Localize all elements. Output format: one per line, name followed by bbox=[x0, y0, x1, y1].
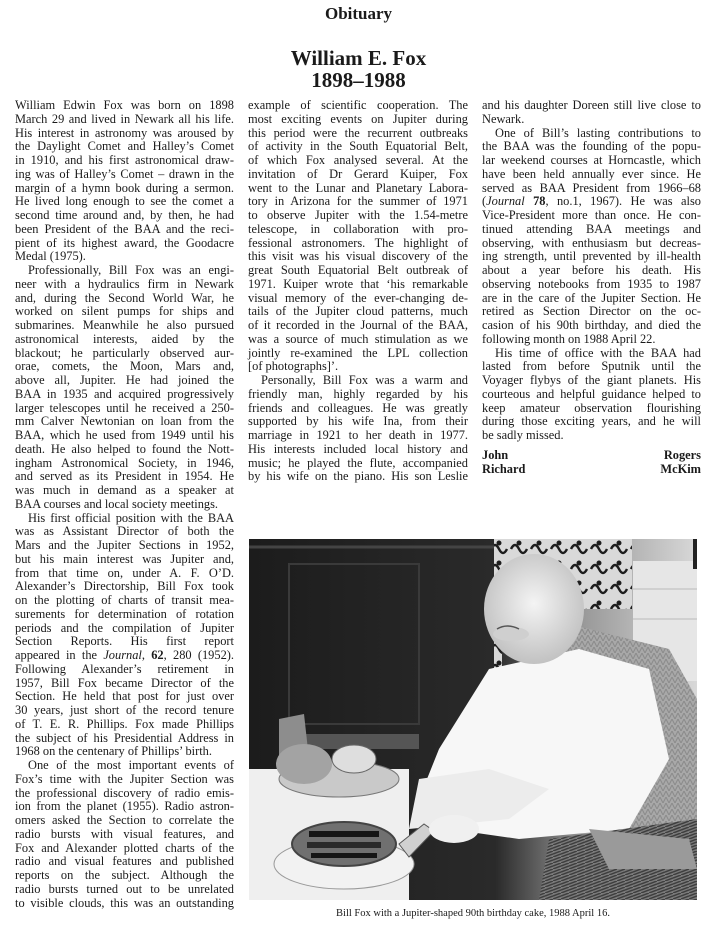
text-line: Following Alexander’s retirement in bbox=[15, 663, 234, 677]
text-line: His first official position with the BAA bbox=[15, 512, 234, 526]
text-line: (Journal 78, no.1, 1967). He was also bbox=[482, 195, 701, 209]
text-line: Fox’s time with the Jupiter Section was bbox=[15, 773, 234, 787]
text-line: are in the care of the Jupiter Section. … bbox=[482, 292, 701, 306]
text-line: Medal (1975). bbox=[15, 250, 234, 264]
text-line: Section. He held that post for just over bbox=[15, 690, 234, 704]
text-column-1: William Edwin Fox was born on 1898March … bbox=[15, 99, 234, 910]
text-line: was as Assistant Director of both the bbox=[15, 525, 234, 539]
text-column-3: and his daughter Doreen still live close… bbox=[482, 99, 701, 476]
text-line: 30 years, just short of the record tenur… bbox=[15, 704, 234, 718]
text-line: visual memory of the ever-changing de- bbox=[248, 292, 468, 306]
text-line: lasted from before Sputnik until the bbox=[482, 360, 701, 374]
text-line: mm Calver Newtonian on loan from the bbox=[15, 415, 234, 429]
text-line: pient of its highest award, the Goodacre bbox=[15, 237, 234, 251]
obituary-dates: 1898–1988 bbox=[0, 69, 717, 91]
text-line: this period were the recurrent outbreaks bbox=[248, 127, 468, 141]
text-line: Voyager flybys of the giant planets. His bbox=[482, 374, 701, 388]
text-line: most exciting events on Jupiter during bbox=[248, 113, 468, 127]
text-line: ing was of Halley’s Comet – drawn in the bbox=[15, 168, 234, 182]
text-line: and his daughter Doreen still live close… bbox=[482, 99, 701, 113]
text-line: the Daylight Comet and Halley’s Comet bbox=[15, 140, 234, 154]
section-label: Obituary bbox=[0, 4, 717, 24]
text-line: observing, with enthusiasm but decreas- bbox=[482, 237, 701, 251]
text-line: death. He also helped to found the Nott- bbox=[15, 443, 234, 457]
text-line: radio and visual features and published bbox=[15, 855, 234, 869]
text-line: invitation of Dr Gerard Kuiper, Fox bbox=[248, 168, 468, 182]
text-line: surements for determination of rotation bbox=[15, 608, 234, 622]
text-line: friends and colleagues. He was greatly bbox=[248, 402, 468, 416]
text-line: was a source of much stimulation as we bbox=[248, 333, 468, 347]
photo-image bbox=[249, 539, 697, 900]
text-line: radio bursts turned out to be unrelated bbox=[15, 883, 234, 897]
text-line: telescope, in collaboration with pro- bbox=[248, 223, 468, 237]
text-line: [of photographs]’. bbox=[248, 360, 468, 374]
text-line: observing notebooks from 1935 to 1987 bbox=[482, 278, 701, 292]
text-line: 1957, Bill Fox became Director of the bbox=[15, 677, 234, 691]
text-line: 1971. Kuiper wrote that ‘his remarkable bbox=[248, 278, 468, 292]
text-line: the subject of his Presidential Address … bbox=[15, 732, 234, 746]
text-line: appeared in the Journal, 62, 280 (1952). bbox=[15, 649, 234, 663]
text-line: marriage in 1921 to her death in 1977. bbox=[248, 429, 468, 443]
text-line: great South Equatorial Belt outbreak of bbox=[248, 264, 468, 278]
text-line: the BAA was the founding of the popu- bbox=[482, 140, 701, 154]
text-line: example of scientific cooperation. The bbox=[248, 99, 468, 113]
text-line: He lived long enough to see the comet a bbox=[15, 195, 234, 209]
text-line: second time around and, by then, he had bbox=[15, 209, 234, 223]
text-line: BAA courses and local society meetings. bbox=[15, 498, 234, 512]
text-line: margin of a hymn book during a sermon. bbox=[15, 182, 234, 196]
text-line: served as BAA President from 1966–68 bbox=[482, 182, 701, 196]
text-line: Vice-President more than once. He con- bbox=[482, 209, 701, 223]
text-line: ion from the planet (1955). Radio astron… bbox=[15, 800, 234, 814]
text-line: of T. E. R. Phillips. Fox made Phillips bbox=[15, 718, 234, 732]
text-line: Section Reports. His first report bbox=[15, 635, 234, 649]
text-line: larger telescopes until he received a 25… bbox=[15, 402, 234, 416]
text-line: submarines. Meanwhile he also pursued bbox=[15, 319, 234, 333]
text-line: His interest in astronomy was aroused by bbox=[15, 127, 234, 141]
text-line: this visit was his visual discovery of t… bbox=[248, 250, 468, 264]
text-line: ing strength, until prevented by ill-hea… bbox=[482, 250, 701, 264]
author-signature: John Rogers bbox=[482, 449, 701, 463]
text-line: but his main interest was Jupiter and, bbox=[15, 553, 234, 567]
text-line: friendly man, highly regarded by his bbox=[248, 388, 468, 402]
text-column-2: example of scientific cooperation. Themo… bbox=[248, 99, 468, 484]
text-line: William Edwin Fox was born on 1898 bbox=[15, 99, 234, 113]
text-line: Professionally, Bill Fox was an engi- bbox=[15, 264, 234, 278]
text-line: Mars and the Jupiter Sections in 1952, bbox=[15, 539, 234, 553]
text-line: in 1910, and his first astronomical draw… bbox=[15, 154, 234, 168]
text-line: tory in Arizona for the summer of 1971 bbox=[248, 195, 468, 209]
text-line: periods and the compilation of Jupiter bbox=[15, 622, 234, 636]
text-line: BAA, which he used from 1949 until his bbox=[15, 429, 234, 443]
text-line: astronomical interests, aided by the bbox=[15, 333, 234, 347]
text-line: from that time on, under A. F. O’D. bbox=[15, 567, 234, 581]
text-line: One of Bill’s lasting contributions to bbox=[482, 127, 701, 141]
text-line: blackout; he particularly observed aur- bbox=[15, 347, 234, 361]
text-line: Fox and Alexander plotted charts of the bbox=[15, 842, 234, 856]
text-line: of which Fox analysed several. At the bbox=[248, 154, 468, 168]
text-line: to visible clouds, this was an outstandi… bbox=[15, 897, 234, 911]
text-line: 1968 on the centenary of Phillips’ birth… bbox=[15, 745, 234, 759]
text-line: orae, comets, the Moon, Mars and, bbox=[15, 360, 234, 374]
text-line: courteous and helpful guidance helped to bbox=[482, 388, 701, 402]
text-line: fessional astronomers. The highlight of bbox=[248, 237, 468, 251]
text-line: retired as Section Director on the oc- bbox=[482, 305, 701, 319]
text-line: neer with a hydraulics firm in Newark bbox=[15, 278, 234, 292]
text-line: worked on silent pumps for ships and bbox=[15, 305, 234, 319]
text-line: Personally, Bill Fox was a warm and bbox=[248, 374, 468, 388]
text-line: and served as its President in 1954. He bbox=[15, 470, 234, 484]
text-line: about a year before his death. His bbox=[482, 264, 701, 278]
text-line: have been held annually ever since. He bbox=[482, 168, 701, 182]
text-line: by his wife on the piano. His son Leslie bbox=[248, 470, 468, 484]
text-line: radio bursts with visual features, and bbox=[15, 828, 234, 842]
text-line: supported by his wife Ina, from their bbox=[248, 415, 468, 429]
author-signature: Richard McKim bbox=[482, 463, 701, 477]
text-line: tinued attending BAA meetings and bbox=[482, 223, 701, 237]
text-line: of it recorded in the Journal of the BAA… bbox=[248, 319, 468, 333]
text-line: the professional discovery of radio emis… bbox=[15, 787, 234, 801]
text-line: BAA in 1935 and acquired progressively bbox=[15, 388, 234, 402]
text-line: been President of the BAA and the reci- bbox=[15, 223, 234, 237]
text-line: following month on 1988 April 22. bbox=[482, 333, 701, 347]
text-line: keep amateur observation flourishing bbox=[482, 402, 701, 416]
text-line: went to the Lunar and Planetary Labora- bbox=[248, 182, 468, 196]
text-line: music; he played the flute, accompanied bbox=[248, 457, 468, 471]
page-title: William E. Fox 1898–1988 bbox=[0, 47, 717, 91]
text-line: of activity in the South Equatorial Belt… bbox=[248, 140, 468, 154]
obituary-name: William E. Fox bbox=[0, 47, 717, 69]
text-line: during those exciting years, and he will bbox=[482, 415, 701, 429]
birthday-photo bbox=[249, 539, 697, 900]
text-line: was much in demand as a speaker at bbox=[15, 484, 234, 498]
text-line: ingham Astronomical Society, in 1946, bbox=[15, 457, 234, 471]
text-line: March 29 and lived in Newark all his lif… bbox=[15, 113, 234, 127]
text-line: reports on the subject. Although the bbox=[15, 869, 234, 883]
text-line: His time of office with the BAA had bbox=[482, 347, 701, 361]
text-line: Newark. bbox=[482, 113, 701, 127]
text-line: be sadly missed. bbox=[482, 429, 701, 443]
text-line: Alexander’s Directorship, Bill Fox took bbox=[15, 580, 234, 594]
text-line: casion of his 90th birthday, and died th… bbox=[482, 319, 701, 333]
text-line: His interests included local history and bbox=[248, 443, 468, 457]
text-line: to observe Jupiter with the 1.54-metre bbox=[248, 209, 468, 223]
text-line: lar weekend courses at Horncastle, which bbox=[482, 154, 701, 168]
photo-caption: Bill Fox with a Jupiter-shaped 90th birt… bbox=[249, 907, 697, 920]
text-line: tails of the Jupiter cloud patterns, muc… bbox=[248, 305, 468, 319]
text-line: One of the most important events of bbox=[15, 759, 234, 773]
text-line: omers asked the Section to correlate the bbox=[15, 814, 234, 828]
text-line: and, during the Second World War, he bbox=[15, 292, 234, 306]
text-line: on the plotting of charts of transit mea… bbox=[15, 594, 234, 608]
text-line: above all, Jupiter. He had joined the bbox=[15, 374, 234, 388]
text-line: jointly re-examined the LPL collection bbox=[248, 347, 468, 361]
